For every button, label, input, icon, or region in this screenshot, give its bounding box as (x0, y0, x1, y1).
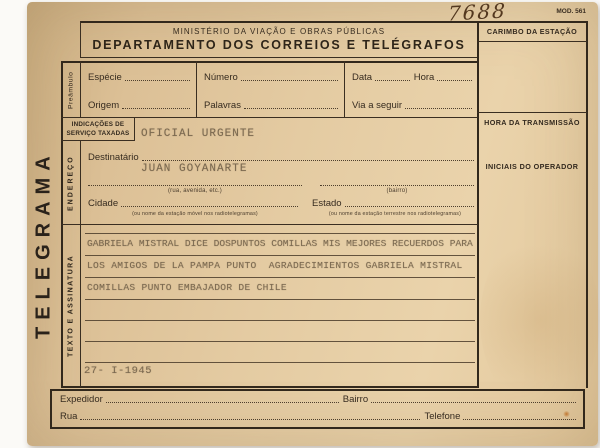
transmission-time-label: HORA DA TRANSMISSÃO (477, 118, 587, 127)
service-indications-line2: SERVIÇO TAXADAS (62, 130, 134, 139)
rule (61, 61, 478, 63)
fill-line[interactable] (122, 108, 190, 109)
estado-caption: (ou nome da estação terrestre nos radiot… (314, 211, 476, 217)
message-ruled-line (85, 320, 475, 321)
paper-shadow-stain (480, 230, 600, 410)
field-data-hora[interactable]: Data Hora (352, 70, 472, 83)
cidade-caption: (ou nome da estação móvel nos radioteleg… (92, 211, 298, 217)
service-indications-label: INDICAÇÕES DE SERVIÇO TAXADAS (62, 121, 134, 138)
rule (61, 140, 135, 141)
rule (134, 117, 135, 141)
model-number-label: MOD. 561 (538, 8, 586, 15)
cidade-label: Cidade (88, 198, 121, 209)
field-expedidor-bairro[interactable]: Expedidor Bairro (60, 393, 576, 405)
field-rua-telefone[interactable]: Rua Telefone (60, 410, 576, 422)
fill-line[interactable] (244, 108, 338, 109)
typed-service-indication: OFICIAL URGENTE (141, 128, 255, 140)
telegrama-side-label: TELEGRAMA (31, 146, 57, 342)
fill-line[interactable] (80, 419, 420, 420)
text-signature-section-label: TEXTO E ASSINATURA (62, 226, 80, 386)
rule (477, 41, 587, 42)
telefone-label: Telefone (420, 411, 463, 422)
field-palavras[interactable]: Palavras (204, 98, 338, 111)
typed-date: 27- I-1945 (84, 365, 152, 377)
typed-message-line-2: LOS AMIGOS DE LA PAMPA PUNTO AGRADECIMIE… (87, 260, 463, 271)
rule (586, 21, 588, 388)
field-via-a-seguir[interactable]: Via a seguir (352, 98, 472, 111)
message-ruled-line (85, 299, 475, 300)
ministry-title: MINISTÉRIO DA VIAÇÃO E OBRAS PÚBLICAS (80, 27, 478, 36)
rule (61, 117, 478, 118)
fill-line[interactable] (106, 402, 339, 403)
bairro-caption: (bairro) (320, 188, 474, 194)
field-numero[interactable]: Número (204, 70, 338, 83)
fill-line[interactable] (345, 206, 474, 207)
telegram-form-scan: 7688 MOD. 561 MINISTÉRIO DA VIAÇÃO E OBR… (0, 0, 600, 448)
rule (80, 61, 81, 118)
rule (477, 112, 587, 113)
field-origem[interactable]: Origem (88, 98, 190, 111)
service-indications-line1: INDICAÇÕES DE (62, 121, 134, 130)
preamble-section-label: Preâmbulo (62, 63, 80, 117)
fill-line[interactable] (121, 206, 298, 207)
rule (61, 224, 478, 225)
rule (344, 61, 345, 118)
fill-line[interactable] (405, 108, 472, 109)
message-ruled-line (85, 233, 475, 234)
message-ruled-line (85, 341, 475, 342)
street-caption: (rua, avenida, etc.) (88, 188, 302, 194)
hora-label: Hora (410, 72, 438, 83)
address-section-label: ENDEREÇO (62, 142, 80, 224)
fill-line[interactable] (371, 402, 576, 403)
typed-destinatario: JUAN GOYANARTE (141, 163, 247, 175)
destinatario-label: Destinatário (88, 152, 142, 163)
message-ruled-line (85, 255, 475, 256)
fill-line[interactable] (463, 419, 576, 420)
origem-label: Origem (88, 100, 122, 111)
fill-line[interactable] (375, 80, 410, 81)
estado-label: Estado (312, 198, 345, 209)
rule (196, 61, 197, 118)
rule (80, 57, 478, 58)
department-title: DEPARTAMENTO DOS CORREIOS E TELÉGRAFOS (80, 38, 478, 52)
typed-message-line-3: COMILLAS PUNTO EMBAJADOR DE CHILE (87, 282, 287, 293)
rule (80, 21, 588, 23)
station-stamp-label: CARIMBO DA ESTAÇÃO (477, 27, 587, 36)
typed-message-line-1: GABRIELA MISTRAL DICE DOSPUNTOS COMILLAS… (87, 238, 473, 249)
message-ruled-line (85, 362, 475, 363)
rule (61, 386, 478, 388)
field-especie[interactable]: Espécie (88, 70, 190, 83)
via-a-seguir-label: Via a seguir (352, 100, 405, 111)
numero-label: Número (204, 72, 241, 83)
data-label: Data (352, 72, 375, 83)
rule (80, 140, 81, 387)
fill-line[interactable] (241, 80, 338, 81)
fill-line[interactable] (437, 80, 472, 81)
especie-label: Espécie (88, 72, 125, 83)
bairro-label: Bairro (339, 394, 371, 405)
fill-line[interactable] (125, 80, 190, 81)
field-estado[interactable]: Estado (312, 197, 474, 209)
palavras-label: Palavras (204, 100, 244, 111)
message-ruled-line (85, 277, 475, 278)
field-destinatario[interactable]: Destinatário (88, 150, 474, 163)
field-cidade[interactable]: Cidade (88, 197, 298, 209)
fill-line[interactable] (142, 160, 474, 161)
rua-label: Rua (60, 411, 80, 422)
rule (477, 21, 479, 388)
operator-initials-label: INICIAIS DO OPERADOR (477, 162, 587, 171)
bairro-fill-line[interactable] (320, 185, 474, 186)
expedidor-label: Expedidor (60, 394, 106, 405)
street-fill-line[interactable] (88, 185, 302, 186)
